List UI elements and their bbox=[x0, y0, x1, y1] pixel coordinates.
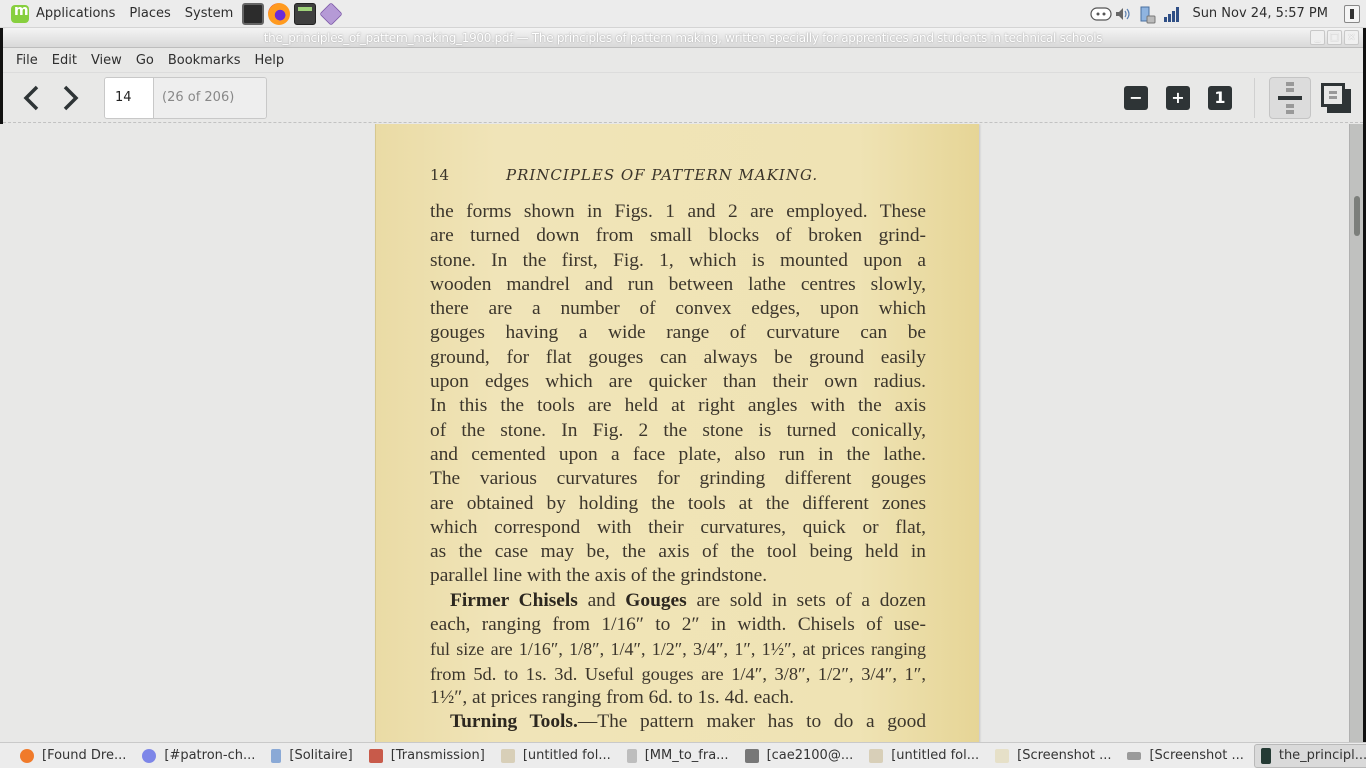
page-count-label: (26 of 206) bbox=[154, 78, 266, 118]
text-line: and cemented upon a face plate, also run… bbox=[430, 443, 926, 467]
task-transmission[interactable]: [Transmission] bbox=[363, 744, 491, 768]
minimize-button[interactable]: _ bbox=[1310, 30, 1325, 45]
maximize-button[interactable]: □ bbox=[1327, 30, 1342, 45]
bold-term: Firmer Chisels bbox=[450, 590, 578, 611]
battery-icon[interactable] bbox=[1138, 5, 1156, 23]
menu-edit[interactable]: Edit bbox=[45, 53, 84, 68]
task-firefox[interactable]: [Found Dre... bbox=[14, 744, 132, 768]
mint-menu-icon[interactable] bbox=[11, 5, 29, 23]
text-line: parallel line with the axis of the grind… bbox=[430, 564, 926, 588]
applications-menu[interactable]: Applications bbox=[29, 6, 122, 21]
text-line: of the stone. In Fig. 2 the stone is tur… bbox=[430, 419, 926, 443]
terminal-icon bbox=[745, 749, 759, 763]
task-folder[interactable]: [untitled fol... bbox=[863, 744, 985, 768]
text-line: as the case may be, the axis of the tool… bbox=[430, 540, 926, 564]
task-document-viewer[interactable]: the_principl... bbox=[1254, 744, 1366, 768]
previous-page-button[interactable] bbox=[16, 83, 46, 113]
discord-icon bbox=[142, 749, 156, 763]
chevron-right-icon bbox=[61, 84, 81, 112]
menu-file[interactable]: File bbox=[9, 53, 45, 68]
printed-page-number: 14 bbox=[430, 166, 506, 184]
text-line: In this the tools are held at right angl… bbox=[430, 394, 926, 418]
running-title: PRINCIPLES OF PATTERN MAKING. bbox=[506, 166, 818, 184]
network-signal-icon[interactable] bbox=[1162, 5, 1180, 23]
next-page-button[interactable] bbox=[56, 83, 86, 113]
chevron-left-icon bbox=[21, 84, 41, 112]
page-header: 14 PRINCIPLES OF PATTERN MAKING. bbox=[430, 166, 818, 184]
text-line: gouges having a wide range of curvature … bbox=[430, 321, 926, 345]
text-line: upon edges which are quicker than their … bbox=[430, 370, 926, 394]
taskbar: [Found Dre... [#patron-ch... [Solitaire]… bbox=[0, 742, 1366, 768]
zoom-reset-button[interactable]: 1 bbox=[1208, 86, 1232, 110]
text-line: ful size are 1/16″, 1/8″, 1/4″, 1/2″, 3/… bbox=[430, 637, 926, 661]
menu-help[interactable]: Help bbox=[247, 53, 291, 68]
document-viewport[interactable]: 14 PRINCIPLES OF PATTERN MAKING. the for… bbox=[0, 124, 1348, 742]
zoom-in-button[interactable]: + bbox=[1166, 86, 1190, 110]
task-discord[interactable]: [#patron-ch... bbox=[136, 744, 261, 768]
vertical-scrollbar[interactable] bbox=[1349, 124, 1363, 742]
text-line: are turned down from small blocks of bro… bbox=[430, 224, 926, 248]
text-line: 1½″, at prices ranging from 6d. to 1s. 4… bbox=[430, 686, 926, 710]
window-controls: _ □ × bbox=[1310, 30, 1359, 45]
text-line: ground, for flat gouges can always be gr… bbox=[430, 346, 926, 370]
window-title: the_principles_of_pattern_making_1900.pd… bbox=[264, 31, 1102, 45]
task-folder[interactable]: [untitled fol... bbox=[495, 744, 617, 768]
continuous-pages-icon bbox=[1276, 80, 1304, 116]
menu-view[interactable]: View bbox=[84, 53, 129, 68]
toolbar: (26 of 206) − + 1 bbox=[3, 73, 1363, 123]
text-line: from 5d. to 1s. 3d. Useful gouges are 1/… bbox=[430, 662, 926, 686]
page-number-input[interactable] bbox=[105, 78, 154, 118]
text-line: the forms shown in Figs. 1 and 2 are emp… bbox=[430, 200, 926, 224]
window-titlebar[interactable]: the_principles_of_pattern_making_1900.pd… bbox=[3, 28, 1363, 48]
firefox-icon bbox=[20, 749, 34, 763]
show-desktop-button[interactable] bbox=[1344, 5, 1360, 23]
dual-page-button[interactable] bbox=[1319, 81, 1353, 115]
bold-term: Gouges bbox=[625, 590, 686, 611]
folder-icon bbox=[501, 749, 515, 763]
menu-go[interactable]: Go bbox=[129, 53, 161, 68]
menubar: File Edit View Go Bookmarks Help bbox=[3, 48, 1363, 73]
page-body-text: the forms shown in Figs. 1 and 2 are emp… bbox=[430, 200, 926, 735]
task-screenshot[interactable]: [Screenshot ... bbox=[1121, 744, 1249, 768]
pdf-page: 14 PRINCIPLES OF PATTERN MAKING. the for… bbox=[375, 124, 979, 742]
system-menu[interactable]: System bbox=[178, 6, 240, 21]
text-line: The various curvatures for grinding diff… bbox=[430, 467, 926, 491]
task-terminal[interactable]: [cae2100@... bbox=[739, 744, 860, 768]
task-screenshot[interactable]: [Screenshot ... bbox=[989, 744, 1117, 768]
text-line: Firmer Chisels and Gouges are sold in se… bbox=[430, 589, 926, 613]
text-line: each, ranging from 1/16″ to 2″ in width.… bbox=[430, 613, 926, 637]
text-line: there are a number of convex edges, upon… bbox=[430, 297, 926, 321]
solitaire-icon bbox=[271, 749, 281, 763]
task-solitaire[interactable]: [Solitaire] bbox=[265, 744, 358, 768]
zoom-controls: − + 1 bbox=[1124, 73, 1363, 122]
system-tray: Sun Nov 24, 5:57 PM bbox=[1090, 5, 1366, 23]
close-button[interactable]: × bbox=[1344, 30, 1359, 45]
text-line: wooden mandrel and run between lathe cen… bbox=[430, 273, 926, 297]
menu-bookmarks[interactable]: Bookmarks bbox=[161, 53, 248, 68]
places-menu[interactable]: Places bbox=[122, 6, 177, 21]
folder-icon bbox=[869, 749, 883, 763]
image-icon bbox=[995, 749, 1009, 763]
firefox-launcher-icon[interactable] bbox=[268, 3, 290, 25]
image-icon bbox=[1127, 752, 1141, 760]
text-line: stone. In the first, Fig. 1, which is mo… bbox=[430, 249, 926, 273]
top-panel: Applications Places System Sun Nov 24, 5… bbox=[0, 0, 1366, 28]
text-line: Turning Tools.—The pattern maker has to … bbox=[430, 710, 926, 734]
volume-icon[interactable] bbox=[1114, 5, 1132, 23]
transmission-icon bbox=[369, 749, 383, 763]
task-document[interactable]: [MM_to_fra... bbox=[621, 744, 735, 768]
clock[interactable]: Sun Nov 24, 5:57 PM bbox=[1192, 6, 1328, 21]
text-line: are obtained by holding the tools at the… bbox=[430, 492, 926, 516]
bold-term: Turning Tools. bbox=[450, 711, 578, 732]
discord-tray-icon[interactable] bbox=[1090, 5, 1108, 23]
app-launcher-icon[interactable] bbox=[320, 2, 343, 25]
terminal-launcher-icon[interactable] bbox=[242, 3, 264, 25]
page-selector: (26 of 206) bbox=[104, 77, 267, 119]
continuous-mode-button[interactable] bbox=[1269, 77, 1311, 119]
dual-page-icon bbox=[1319, 81, 1353, 115]
scrollbar-thumb[interactable] bbox=[1354, 196, 1360, 236]
text-line: which correspond with their curvatures, … bbox=[430, 516, 926, 540]
calculator-launcher-icon[interactable] bbox=[294, 3, 316, 25]
toolbar-separator bbox=[1254, 78, 1255, 118]
document-icon bbox=[627, 749, 637, 763]
zoom-out-button[interactable]: − bbox=[1124, 86, 1148, 110]
pdf-document-icon bbox=[1261, 748, 1271, 764]
